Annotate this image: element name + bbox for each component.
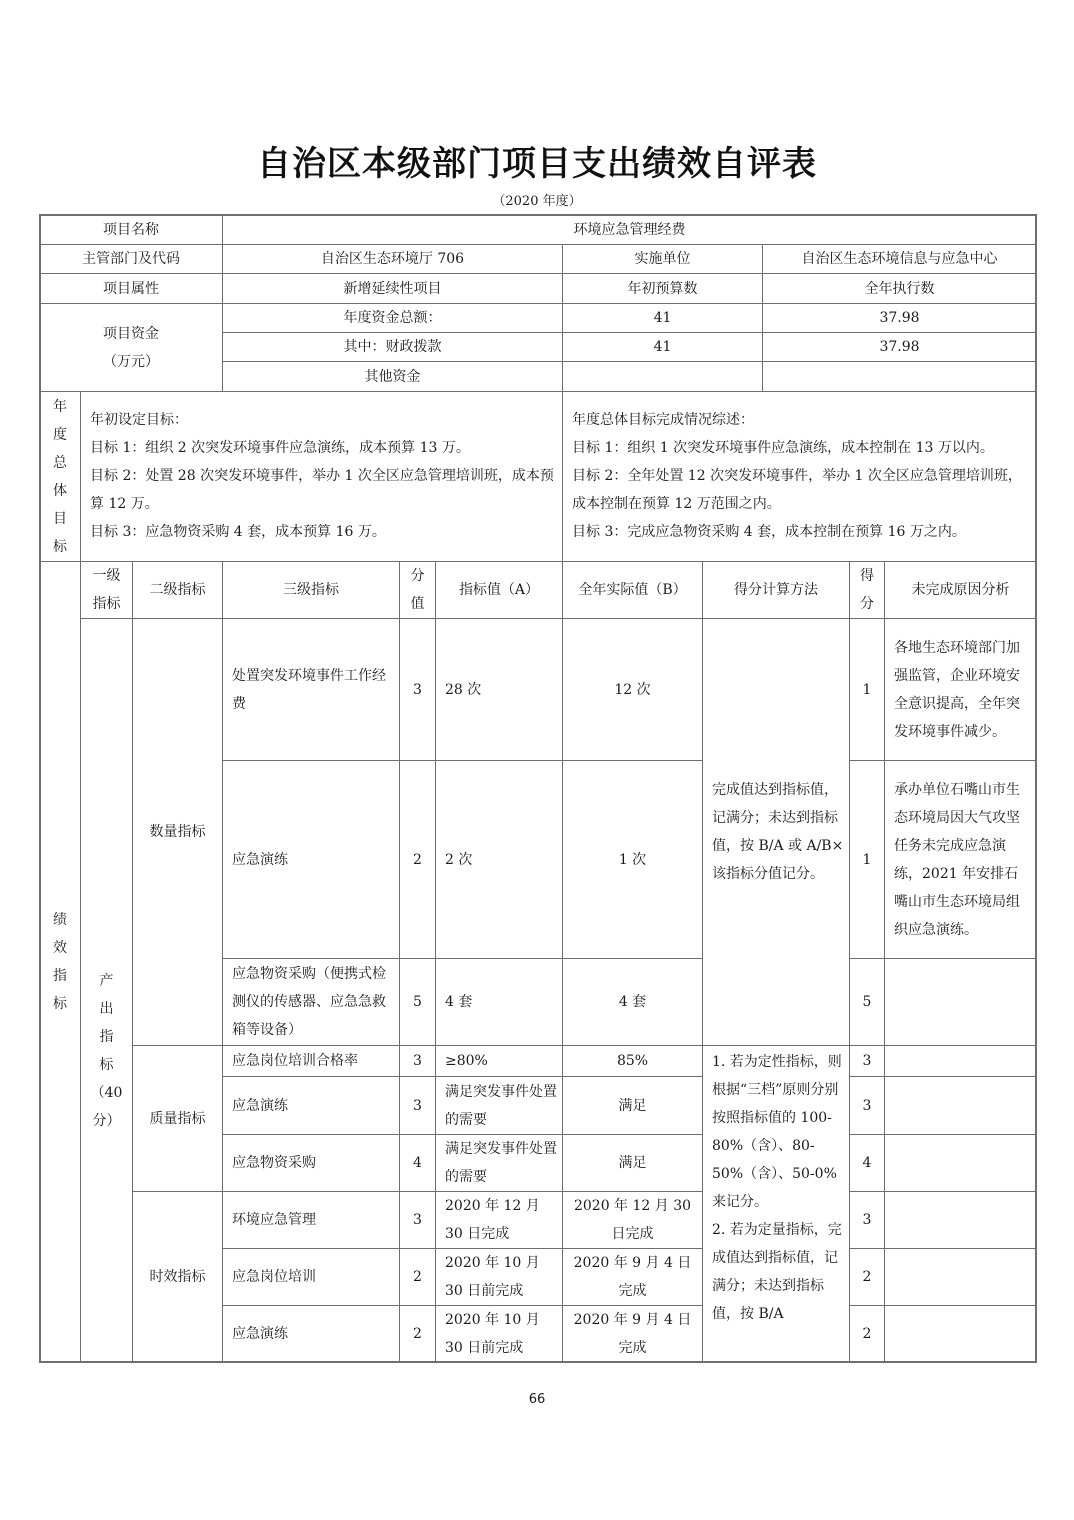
target-cell: 满足突发事件处置的需要 [435, 1134, 563, 1192]
target-cell: 2020 年 10 月 30 日前完成 [435, 1305, 563, 1363]
goals-side-char: 目 [53, 505, 67, 533]
initial-goal-item: 目标 2：处置 28 次突发环境事件，举办 1 次全区应急管理培训班，成本预算 … [90, 462, 554, 518]
score-cell: 2 [849, 1248, 885, 1306]
goals-summary: 年度总体目标完成情况综述： 目标 1：组织 1 次突发环境事件应急演练，成本控制… [562, 391, 1037, 562]
year-subtitle: （2020 年度） [0, 190, 1074, 209]
project-name-label: 项目名称 [39, 215, 223, 245]
target-cell: 28 次 [435, 618, 563, 761]
goals-side-char: 总 [53, 449, 67, 477]
target-cell: ≥80% [435, 1045, 563, 1077]
level1-output-label: 产 出 指 标 （40 分） [80, 618, 133, 1363]
goals-summary-item: 目标 1：组织 1 次突发环境事件应急演练，成本控制在 13 万以内。 [572, 434, 1028, 462]
weight-cell: 3 [399, 1191, 436, 1249]
goals-summary-title: 年度总体目标完成情况综述： [572, 406, 1028, 434]
actual-cell: 2020 年 9 月 4 日完成 [562, 1248, 703, 1306]
score-cell: 2 [849, 1305, 885, 1363]
actual-cell: 1 次 [562, 760, 703, 959]
funds-label: 项目资金 （万元） [39, 303, 223, 392]
funds-fiscal-budget: 41 [562, 332, 763, 362]
funds-other-budget [562, 361, 763, 392]
reason-cell: 各地生态环境部门加强监管，企业环境安全意识提高，全年突发环境事件减少。 [884, 618, 1037, 761]
budget-col-label: 年初预算数 [562, 273, 763, 304]
reason-cell [884, 1248, 1037, 1306]
score-cell: 3 [849, 1191, 885, 1249]
reason-cell: 承办单位石嘴山市生态环境局因大气攻坚任务未完成应急演练，2021 年安排石嘴山市… [884, 760, 1037, 959]
target-cell: 4 套 [435, 958, 563, 1046]
score-cell: 5 [849, 958, 885, 1046]
col-header-reason: 未完成原因分析 [884, 561, 1037, 619]
initial-goals: 年初设定目标： 目标 1：组织 2 次突发环境事件应急演练，成本预算 13 万。… [80, 391, 563, 562]
method-general: 1. 若为定性指标，则根据“三档”原则分别按照指标值的 100-80%（含）、8… [702, 1045, 850, 1363]
reason-cell [884, 1134, 1037, 1192]
col-header-level3: 三级指标 [222, 561, 400, 619]
score-cell: 3 [849, 1045, 885, 1077]
actual-cell: 85% [562, 1045, 703, 1077]
dept-label: 主管部门及代码 [39, 244, 223, 274]
weight-cell: 3 [399, 1045, 436, 1077]
reason-cell [884, 1191, 1037, 1249]
group-timeliness: 时效指标 [132, 1191, 223, 1363]
col-header-level1: 一级 指标 [80, 561, 133, 619]
impl-label: 实施单位 [562, 244, 763, 274]
page-title: 自治区本级部门项目支出绩效自评表 [0, 136, 1074, 185]
initial-goal-item: 目标 3：应急物资采购 4 套，成本预算 16 万。 [90, 518, 554, 546]
attr-value: 新增延续性项目 [222, 273, 563, 304]
level3-cell: 应急演练 [222, 760, 400, 959]
exec-col-label: 全年执行数 [762, 273, 1037, 304]
col-header-score: 得 分 [849, 561, 885, 619]
funds-total-label: 年度资金总额： [222, 303, 563, 333]
actual-cell: 12 次 [562, 618, 703, 761]
goals-summary-item: 目标 3：完成应急物资采购 4 套，成本控制在预算 16 万之内。 [572, 518, 1028, 546]
goals-side-char: 体 [53, 477, 67, 505]
score-cell: 1 [849, 618, 885, 761]
initial-goals-title: 年初设定目标： [90, 406, 554, 434]
actual-cell: 2020 年 9 月 4 日完成 [562, 1305, 703, 1363]
reason-cell [884, 1045, 1037, 1077]
funds-fiscal-exec: 37.98 [762, 332, 1037, 362]
reason-cell [884, 1076, 1037, 1135]
col-header-weight: 分 值 [399, 561, 436, 619]
target-cell: 2 次 [435, 760, 563, 959]
weight-cell: 2 [399, 1248, 436, 1306]
project-name-value: 环境应急管理经费 [222, 215, 1037, 245]
level3-cell: 应急物资采购（便携式检测仪的传感器、应急急救箱等设备） [222, 958, 400, 1046]
goals-side-char: 标 [53, 533, 67, 561]
reason-cell [884, 958, 1037, 1046]
dept-value: 自治区生态环境厅 706 [222, 244, 563, 274]
group-quantity-label: 数量指标 [150, 818, 206, 846]
weight-cell: 5 [399, 958, 436, 1046]
level3-cell: 处置突发环境事件工作经费 [222, 618, 400, 761]
level3-cell: 应急岗位培训 [222, 1248, 400, 1306]
col-header-level2: 二级指标 [132, 561, 223, 619]
weight-cell: 4 [399, 1134, 436, 1192]
funds-total-budget: 41 [562, 303, 763, 333]
weight-cell: 2 [399, 1305, 436, 1363]
group-quantity: 数量指标 [132, 618, 223, 1046]
goals-side-label: 年 度 总 体 目 标 [39, 391, 81, 562]
funds-total-exec: 37.98 [762, 303, 1037, 333]
actual-cell: 满足 [562, 1134, 703, 1192]
goals-side-char: 度 [53, 421, 67, 449]
method-quantity: 完成值达到指标值，记满分；未达到指标值，按 B/A 或 A/B×该指标分值记分。 [702, 618, 850, 1046]
weight-cell: 3 [399, 618, 436, 761]
goals-side-char: 年 [53, 393, 67, 421]
target-cell: 2020 年 12 月 30 日完成 [435, 1191, 563, 1249]
level3-cell: 应急岗位培训合格率 [222, 1045, 400, 1077]
score-cell: 4 [849, 1134, 885, 1192]
level3-cell: 应急演练 [222, 1305, 400, 1363]
score-cell: 3 [849, 1076, 885, 1135]
weight-cell: 2 [399, 760, 436, 959]
weight-cell: 3 [399, 1076, 436, 1135]
indicators-side-label: 绩 效 指 标 [39, 561, 81, 1363]
funds-fiscal-label: 其中：财政拨款 [222, 332, 563, 362]
level3-cell: 环境应急管理 [222, 1191, 400, 1249]
actual-cell: 4 套 [562, 958, 703, 1046]
funds-other-label: 其他资金 [222, 361, 563, 392]
actual-cell: 2020 年 12 月 30 日完成 [562, 1191, 703, 1249]
actual-cell: 满足 [562, 1076, 703, 1135]
level3-cell: 应急演练 [222, 1076, 400, 1135]
level3-cell: 应急物资采购 [222, 1134, 400, 1192]
col-header-target: 指标值（A） [435, 561, 563, 619]
attr-label: 项目属性 [39, 273, 223, 304]
reason-cell [884, 1305, 1037, 1363]
goals-summary-item: 目标 2：全年处置 12 次突发环境事件，举办 1 次全区应急管理培训班，成本控… [572, 462, 1028, 518]
group-quality: 质量指标 [132, 1045, 223, 1192]
target-cell: 满足突发事件处置的需要 [435, 1076, 563, 1135]
funds-other-exec [762, 361, 1037, 392]
target-cell: 2020 年 10 月 30 日前完成 [435, 1248, 563, 1306]
col-header-actual: 全年实际值（B） [562, 561, 703, 619]
impl-value: 自治区生态环境信息与应急中心 [762, 244, 1037, 274]
col-header-method: 得分计算方法 [702, 561, 850, 619]
page-number: 66 [0, 1392, 1074, 1407]
score-cell: 1 [849, 760, 885, 959]
initial-goal-item: 目标 1：组织 2 次突发环境事件应急演练，成本预算 13 万。 [90, 434, 554, 462]
